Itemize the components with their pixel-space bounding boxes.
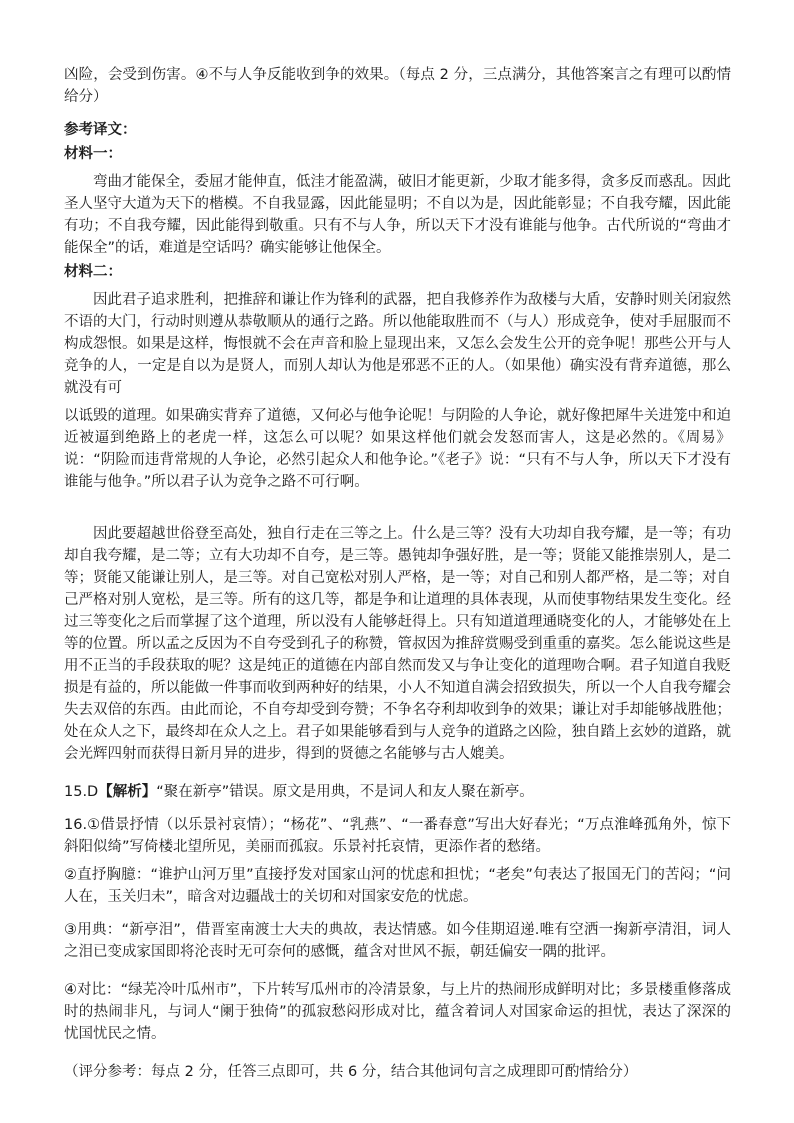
question-16-point-2: ②直抒胸臆：“谁护山河万里”直接抒发对国家山河的忧虑和担忧；“老矣”句表达了报国… [64,864,731,908]
question-15-analysis-label: 【解析】 [98,784,156,800]
material-2-translation-paragraph-1: 因此君子追求胜利，把推辞和谦让作为锋利的武器，把自我修养作为敌楼与大盾，安静时则… [64,289,731,399]
question-16-scoring-note: （评分参考：每点 2 分，任答三点即可，共 6 分，结合其他词句言之成理即可酌情… [64,1061,731,1083]
material-2-translation-paragraph-1-continuation: 以诋毁的道理。如果确实背弃了道德，又何必与他争论呢！与阴险的人争论，就好像把犀牛… [64,405,731,493]
material-1-translation-paragraph: 弯曲才能保全，委屈才能伸直，低洼才能盈满，破旧才能更新，少取才能多得，贪多反而惑… [64,171,731,259]
question-16-point-4: ④对比：“绿芜冷叶瓜州市”，下片转写瓜州市的冷清景象，与上片的热闹形成鲜明对比；… [64,979,731,1045]
material-2-translation-paragraph-2: 因此要超越世俗登至高处，独自行走在三等之上。什么是三等？没有大功却自我夸耀，是一… [64,523,731,765]
question-15-analysis-text: “聚在新亭”错误。原文是用典，不是词人和友人聚在新亭。 [156,784,534,800]
reference-translation-heading: 参考译文： [64,119,731,141]
question-15-answer: 15.D【解析】“聚在新亭”错误。原文是用典，不是词人和友人聚在新亭。 [64,781,731,803]
material-2-heading: 材料二： [64,261,731,283]
material-1-heading: 材料一： [64,143,731,165]
question-15-number: 15.D [64,784,98,800]
question-16-point-1: 16.①借景抒情（以乐景衬哀情）；“杨花”、“乳燕”、“一番春意”写出大好春光；… [64,814,731,858]
question-16-point-3: ③用典：“新亭泪”，借晋室南渡士大夫的典故，表达情感。如今佳期迢递.唯有空洒一掬… [64,919,731,963]
answer-key-page: 凶险，会受到伤害。④不与人争反能收到争的效果。（每点 2 分，三点满分，其他答案… [0,0,794,1123]
answer-point-continuation: 凶险，会受到伤害。④不与人争反能收到争的效果。（每点 2 分，三点满分，其他答案… [64,64,731,108]
